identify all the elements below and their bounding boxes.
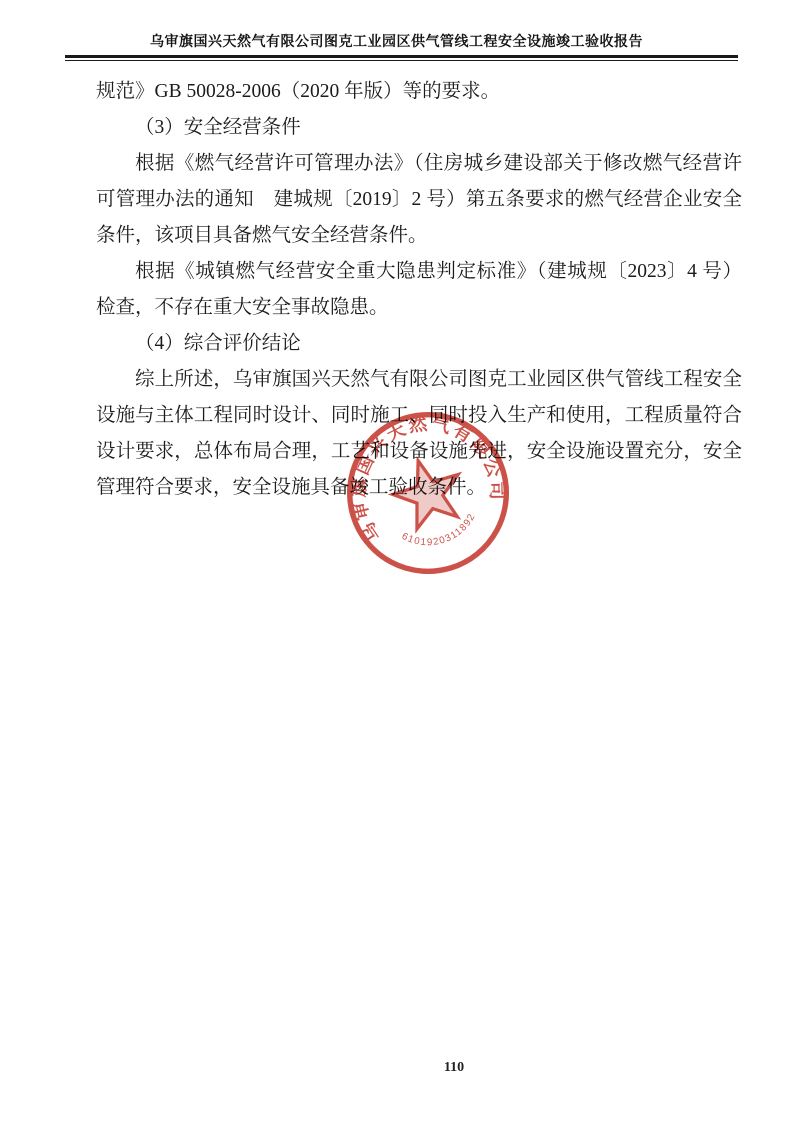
paragraph-heading-4: （4）综合评价结论 xyxy=(96,326,742,362)
paragraph-hazard-check: 根据《城镇燃气经营安全重大隐患判定标准》（建城规〔2023〕4 号）检查，不存在… xyxy=(96,254,742,326)
page-number: 110 xyxy=(424,1060,484,1076)
paragraph-continuation: 规范》GB 50028-2006（2020 年版）等的要求。 xyxy=(96,74,742,110)
seal-number-text: 6101920311892 xyxy=(397,509,483,558)
paragraph-conclusion: 综上所述，乌审旗国兴天然气有限公司图克工业园区供气管线工程安全设施与主体工程同时… xyxy=(96,362,742,506)
header-rule xyxy=(65,55,738,61)
document-page: 乌审旗国兴天然气有限公司图克工业园区供气管线工程安全设施竣工验收报告 规范》GB… xyxy=(0,0,793,1123)
seal-number-arc-text: 6101920311892 xyxy=(397,509,483,558)
page-header-title: 乌审旗国兴天然气有限公司图克工业园区供气管线工程安全设施竣工验收报告 xyxy=(0,31,793,51)
document-body: 规范》GB 50028-2006（2020 年版）等的要求。 （3）安全经营条件… xyxy=(96,74,742,506)
paragraph-operating-conditions: 根据《燃气经营许可管理办法》（住房城乡建设部关于修改燃气经营许可管理办法的通知 … xyxy=(96,146,742,254)
paragraph-heading-3: （3）安全经营条件 xyxy=(96,110,742,146)
